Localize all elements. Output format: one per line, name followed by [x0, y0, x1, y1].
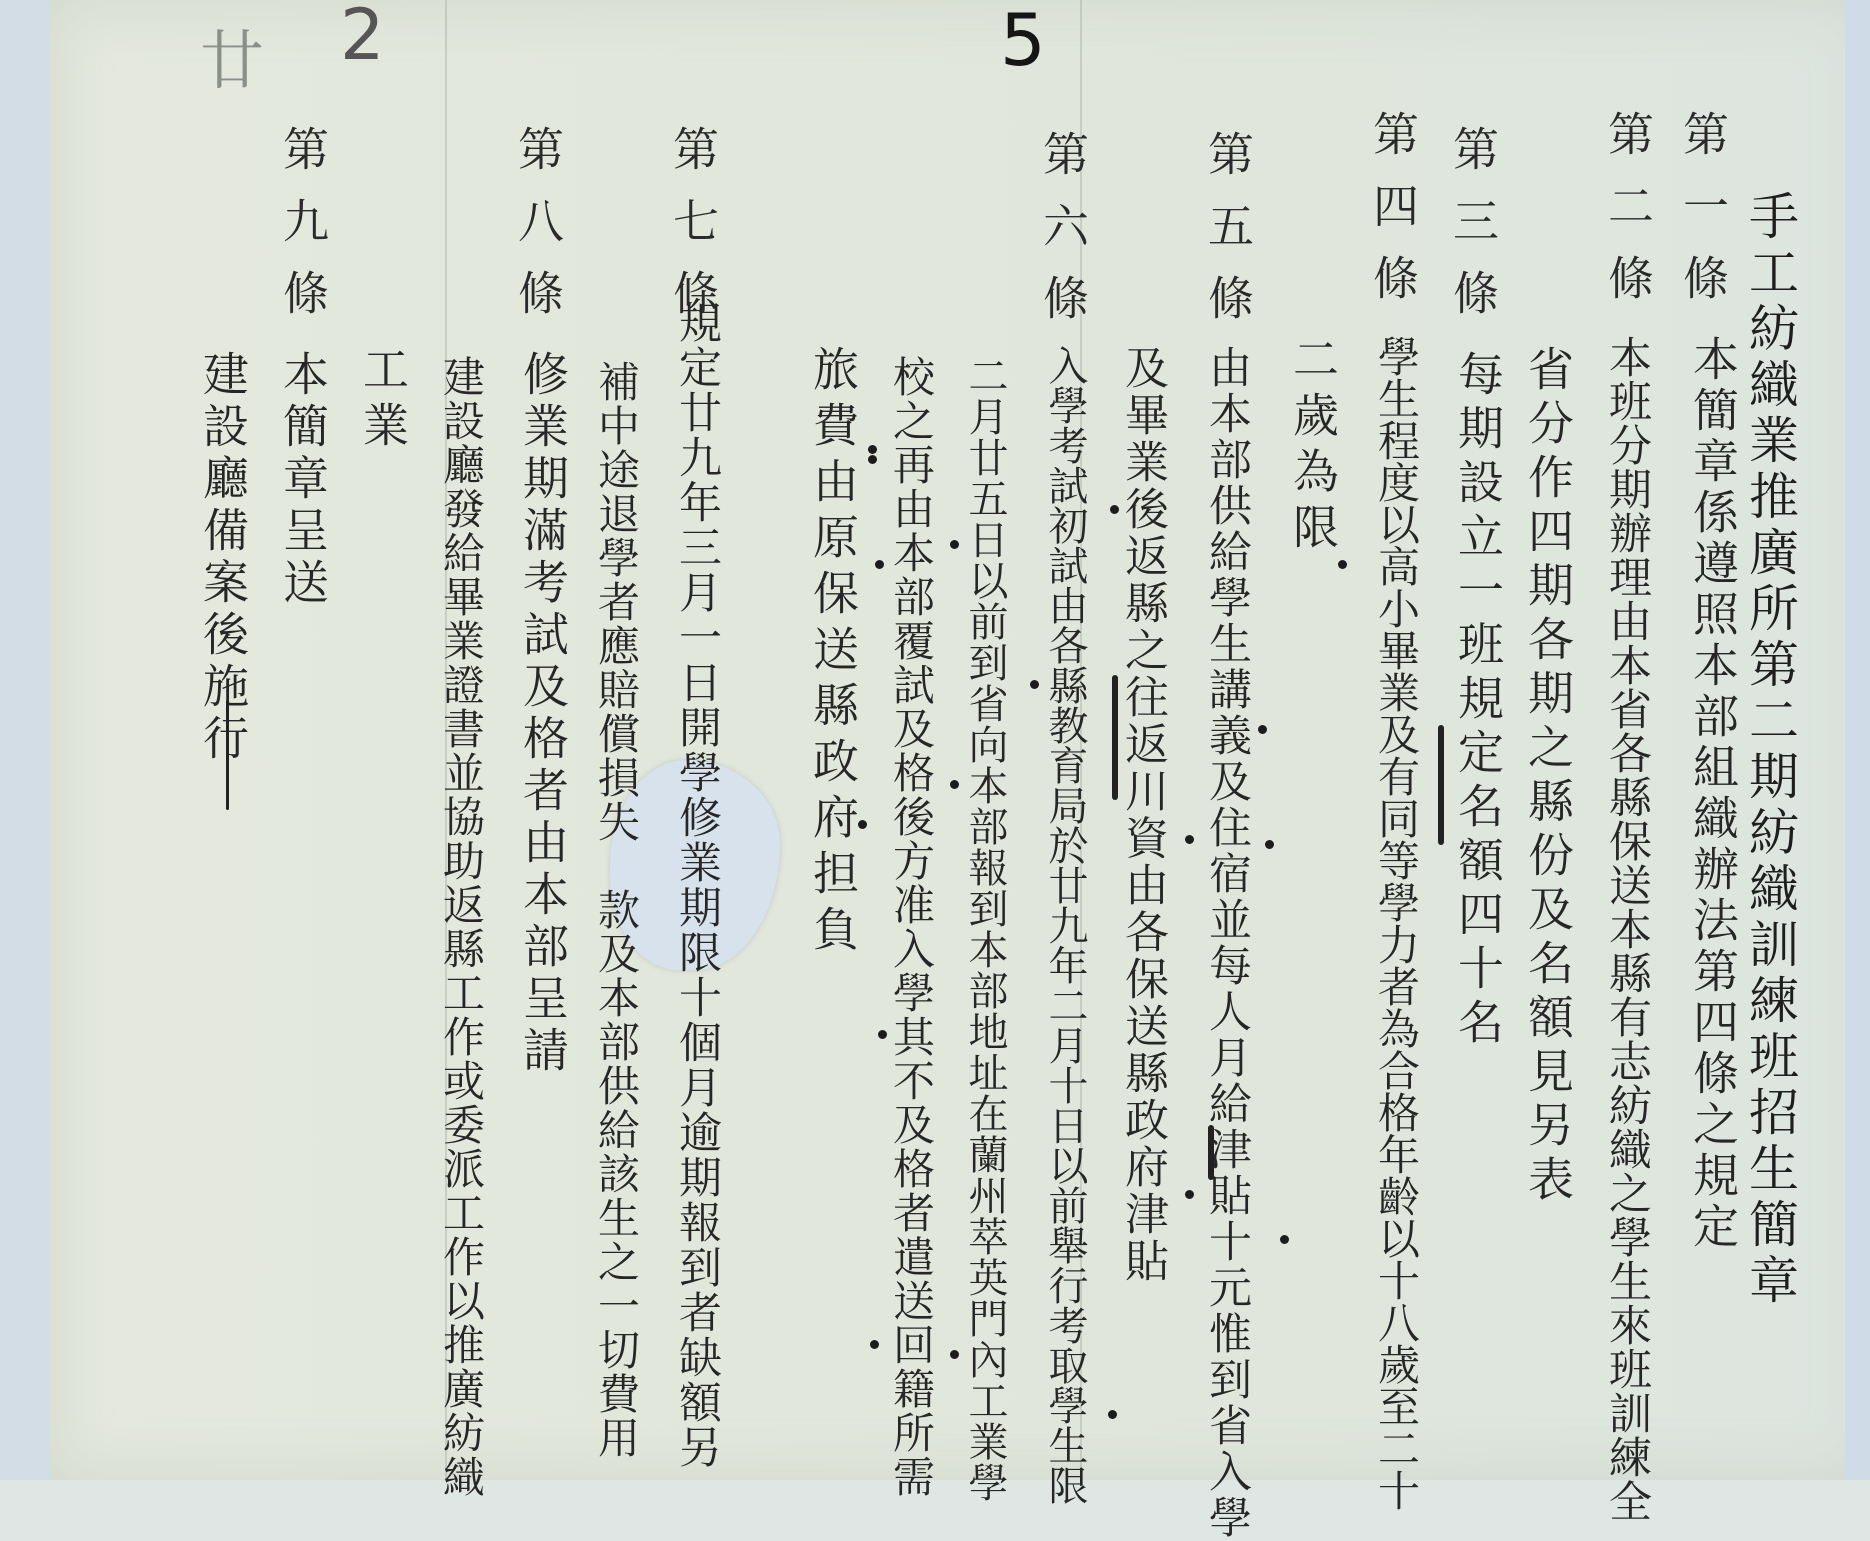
ink-dot	[1185, 835, 1194, 844]
article-9-text-cont: 建設廳備案後施行	[200, 350, 246, 766]
article-7-text-cont: 補中途退學者應賠償損失 款及本部供給該生之一切費用	[595, 360, 637, 1460]
article-3-text: 每期設立一班規定名額四十名	[1455, 350, 1501, 1052]
squiggle-mark: 2	[340, 0, 385, 76]
article-8-label: 第八條	[515, 125, 561, 341]
ink-dot	[1280, 1235, 1289, 1244]
article-6-text-cont-3: 旅費由原保送縣政府担負	[810, 345, 856, 961]
ink-dot	[950, 1350, 959, 1359]
ink-stroke-mark	[226, 700, 229, 810]
ink-dot	[1258, 725, 1267, 734]
ink-dot	[878, 1030, 887, 1039]
ink-dot	[1265, 840, 1274, 849]
article-8-text-cont-2: 工業	[360, 345, 406, 457]
article-2-text: 本班分期辦理由本省各縣保送本縣有志紡織之學生來班訓練全	[1605, 335, 1648, 1480]
page-number-mark: 5	[1000, 0, 1046, 82]
ink-dot	[858, 820, 867, 829]
ink-dot	[1185, 1190, 1194, 1199]
article-1-label: 第一條	[1680, 110, 1726, 326]
article-8-text: 修業期滿考試及格者由本部呈請	[520, 350, 566, 1078]
article-2-label: 第二條	[1605, 110, 1651, 326]
article-6-text: 入學考試初試由各縣教育局於廿九年二月十日以前舉行考取學生限	[1045, 345, 1085, 1480]
ink-bracket-mark	[1438, 725, 1444, 845]
article-4-text: 學生程度以高小畢業及有同等學力者為合格年齡以十八歲至二十	[1375, 335, 1417, 1480]
article-8-text-cont-1: 建設廳發給畢業證書並協助返縣工作或委派工作以推廣紡織	[440, 355, 482, 1480]
pencil-mark: 廿	[200, 10, 264, 102]
ink-dot	[868, 455, 877, 464]
article-4-label: 第四條	[1370, 110, 1416, 326]
ink-bracket-mark	[1208, 1125, 1214, 1180]
ink-dot	[1338, 560, 1347, 569]
article-9-text: 本簡章呈送	[280, 350, 326, 610]
article-6-text-cont-1: 二月廿五日以前到省向本部報到本部地址在蘭州萃英門內工業學	[965, 355, 1005, 1480]
ink-dot	[1108, 1410, 1117, 1419]
ink-dot	[870, 1340, 879, 1349]
article-7-text: 規定廿九年三月一日開學修業期限十個月逾期報到者缺額另	[675, 300, 718, 1470]
article-4-text-cont: 二歲為限	[1290, 335, 1336, 559]
scan-background-edge	[0, 0, 52, 1480]
article-3-label: 第三條	[1450, 125, 1496, 341]
article-9-label: 第九條	[280, 125, 326, 341]
document-title: 手工紡織業推廣所第二期紡織訓練班招生簡章	[1745, 190, 1795, 1310]
article-5-text: 由本部供給學生講義及住宿並每人月給津貼十元惟到省入學	[1205, 345, 1248, 1480]
ink-dot	[868, 445, 877, 454]
article-6-label: 第六條	[1040, 130, 1086, 346]
article-1-text: 本簡章係遵照本部組織辦法第四條之規定	[1690, 335, 1736, 1253]
ink-dot	[950, 540, 959, 549]
ink-bracket-mark	[1112, 675, 1118, 800]
article-2-text-cont: 省分作四期各期之縣份及名額見另表	[1525, 345, 1571, 1209]
ink-dot	[1030, 680, 1039, 689]
ink-dot	[1110, 505, 1119, 514]
ink-dot	[875, 560, 884, 569]
article-5-label: 第五條	[1205, 130, 1251, 346]
ink-dot	[950, 780, 959, 789]
article-6-text-cont-2: 校之再由本部覆試及格後方准入學其不及格者遣送回籍所需	[890, 355, 932, 1480]
article-5-text-cont: 及畢業後返縣之往返川資由各保送縣政府津貼	[1120, 345, 1164, 1285]
scan-background-edge	[1845, 0, 1870, 1480]
